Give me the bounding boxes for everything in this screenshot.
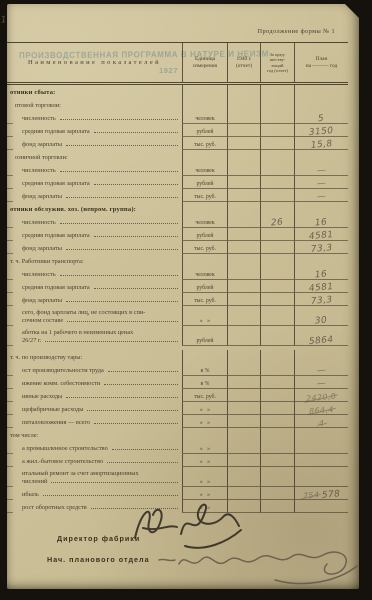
table-row: рост оборотных средств» » (7, 500, 348, 513)
plan-cell: — (294, 363, 348, 376)
table-row: средняя годовая зарплатарублей3150 (7, 124, 348, 137)
row-label-line: средняя годовая зарплата (22, 284, 182, 292)
row-label: отники сбыта: (7, 85, 182, 98)
dot-leader (94, 422, 178, 424)
unit-cell: в % (182, 376, 227, 389)
unit-cell: человек (182, 215, 227, 228)
unit-cell: в % (182, 363, 227, 376)
dot-leader (43, 494, 178, 496)
column-header-plan: План на ——— год (294, 43, 348, 82)
table-row: фонд зарплатытыс. руб.— (7, 189, 348, 202)
unit-cell: рублей (182, 124, 227, 137)
row-label-line: ост производительности труда (22, 367, 182, 375)
dot-leader (51, 481, 178, 483)
dot-leader (66, 196, 178, 198)
plan-cell: 2420,0 (294, 389, 348, 402)
value-1940-cell (227, 415, 260, 428)
row-label-line: т. ч. Работники транспорта: (10, 258, 182, 266)
row-label-line: численность (22, 271, 182, 279)
table-body: отники сбыта:птовой торговли:численность… (7, 85, 348, 513)
row-label-line: численность (22, 219, 182, 227)
table-row: а жил.-бытовое строительство» » (7, 454, 348, 467)
row-label-line: озничной торговли: (15, 154, 182, 162)
dot-leader (66, 396, 178, 398)
plan-cell: 73,3 (294, 241, 348, 254)
value-1940-cell (227, 454, 260, 467)
row-label-line: численность (22, 167, 182, 175)
row-label-line: ижение комм. себестоимости (22, 380, 182, 388)
prev-year-cell (260, 376, 294, 389)
plan-cell: — (294, 376, 348, 389)
plan-cell: 16 (294, 267, 348, 280)
row-label: ивные расходы (7, 389, 182, 402)
handwritten-plan-value: — (316, 167, 326, 177)
row-label: рост оборотных средств (7, 500, 182, 513)
prev-year-cell (260, 189, 294, 202)
table-row: численностьчеловек5 (7, 111, 348, 124)
table-row: озничной торговли: (7, 150, 348, 163)
table-row: ивные расходытыс. руб.2420,0 (7, 389, 348, 402)
handwritten-plan-value: — (316, 180, 326, 190)
row-label-line: средняя годовая зарплата (22, 180, 182, 188)
table-row: щефабричные расходы» »864,4 (7, 402, 348, 415)
unit-cell: человек (182, 111, 227, 124)
dot-leader (67, 320, 178, 322)
table-row: т. ч. Работники транспорта: (7, 254, 348, 267)
table-row: отники обслужив. хоз. (непром. группа): (7, 202, 348, 215)
row-label-line: рост оборотных средств (22, 504, 182, 512)
prev-year-cell (260, 280, 294, 293)
value-1940-cell (227, 176, 260, 189)
row-label: численность (7, 111, 182, 124)
table-row: численностьчеловек— (7, 163, 348, 176)
row-label-line: сочном составе (22, 317, 182, 325)
table-row: фонд зарплатытыс. руб.15,8 (7, 137, 348, 150)
value-1940-cell (227, 441, 260, 454)
prev-year-cell (260, 306, 294, 326)
table-row: ибыль» »754578 (7, 487, 348, 500)
row-label: фонд зарплаты (7, 241, 182, 254)
row-label-line: 26/27 г. (22, 337, 182, 345)
row-label: численность (7, 163, 182, 176)
unit-cell: » » (182, 500, 227, 513)
table-row: средняя годовая зарплатарублей4581 (7, 228, 348, 241)
value-1940-cell (227, 389, 260, 402)
row-label-line: а промышленное строительство (22, 445, 182, 453)
row-label-line: ивные расходы (22, 393, 182, 401)
value-1940-cell (227, 487, 260, 500)
plan-cell: 4581 (294, 228, 348, 241)
row-label: средняя годовая зарплата (7, 124, 182, 137)
row-label: ижение комм. себестоимости (7, 376, 182, 389)
value-1940-cell (227, 254, 260, 267)
unit-cell: тыс. руб. (182, 189, 227, 202)
dot-leader (60, 222, 178, 224)
value-1940-cell (227, 293, 260, 306)
prev-year-cell (260, 415, 294, 428)
handwritten-plan-value: — (316, 193, 326, 203)
row-label: средняя годовая зарплата (7, 280, 182, 293)
value-1940-cell (227, 306, 260, 326)
plan-cell (294, 254, 348, 267)
prev-year-cell (260, 241, 294, 254)
dot-leader (66, 144, 178, 146)
unit-cell (182, 150, 227, 163)
column-header-unit: Единица измерения (182, 43, 227, 82)
table-row: сего, фонд зарплаты лиц, не состоящих в … (7, 306, 348, 326)
unit-cell: человек (182, 163, 227, 176)
director-label: Директор фабрики (57, 534, 140, 543)
prev-year-cell (260, 85, 294, 98)
row-label: отники обслужив. хоз. (непром. группа): (7, 202, 182, 215)
unit-cell (182, 428, 227, 441)
unit-cell (182, 98, 227, 111)
value-1940-cell (227, 402, 260, 415)
row-label: средняя годовая зарплата (7, 176, 182, 189)
dot-leader (87, 409, 178, 411)
dot-leader (107, 461, 178, 463)
unit-cell: рублей (182, 176, 227, 189)
dot-leader (94, 183, 178, 185)
plan-cell: 3150 (294, 124, 348, 137)
value-1940-cell (227, 163, 260, 176)
unit-cell: » » (182, 467, 227, 487)
table-header: Наименование показателей Единица измерен… (7, 42, 348, 85)
value-1940-cell (227, 137, 260, 150)
prev-year-cell (260, 467, 294, 487)
row-label: ост производительности труда (7, 363, 182, 376)
row-label-line: аботка на 1 рабочего в неизменных ценах (22, 329, 182, 337)
dot-leader (112, 448, 178, 450)
prev-year-cell (260, 124, 294, 137)
dot-leader (91, 507, 178, 509)
row-label-line: отники обслужив. хоз. (непром. группа): (10, 206, 182, 214)
table-row: ост производительности трудав %— (7, 363, 348, 376)
prev-year-cell (260, 441, 294, 454)
plan-cell: 5 (294, 111, 348, 124)
handwritten-plan-value: 4 (318, 420, 324, 428)
row-label: фонд зарплаты (7, 137, 182, 150)
row-label-line: птовой торговли: (15, 102, 182, 110)
prev-year-cell (260, 111, 294, 124)
unit-cell: » » (182, 402, 227, 415)
dot-leader (60, 170, 178, 172)
handwritten-plan-value: 5 (318, 115, 325, 125)
row-label-line: т. ч. по производству тары: (10, 354, 182, 362)
dot-leader (94, 235, 178, 237)
value-1940-cell (227, 326, 260, 346)
prev-year-cell (260, 500, 294, 513)
plan-cell (294, 202, 348, 215)
prev-year-cell (260, 254, 294, 267)
plan-cell (294, 85, 348, 98)
prev-year-cell (260, 176, 294, 189)
plan-cell (294, 350, 348, 363)
row-label: численность (7, 215, 182, 228)
row-label-line: числений (22, 478, 182, 486)
handwritten-plan-value: — (316, 380, 326, 390)
unit-cell: рублей (182, 280, 227, 293)
prev-year-cell (260, 137, 294, 150)
row-label: ибыль (7, 487, 182, 500)
dot-leader (66, 300, 178, 302)
row-label-line: фонд зарплаты (22, 297, 182, 305)
value-1940-cell (227, 202, 260, 215)
dot-leader (94, 287, 178, 289)
value-1940-cell (227, 267, 260, 280)
value-1940-cell (227, 215, 260, 228)
row-label-line: средняя годовая зарплата (22, 128, 182, 136)
row-label: том числе: (7, 428, 182, 441)
row-label: аботка на 1 рабочего в неизменных ценах2… (7, 326, 182, 346)
unit-cell (182, 254, 227, 267)
plan-cell (294, 98, 348, 111)
dot-leader (45, 340, 178, 342)
plan-cell (294, 454, 348, 467)
row-label-line: фонд зарплаты (22, 193, 182, 201)
value-1940-cell (227, 228, 260, 241)
handwritten-prev-value: 26 (271, 218, 284, 228)
row-label: итальный ремонт за счет амортизационныхч… (7, 467, 182, 487)
prev-year-cell (260, 402, 294, 415)
unit-cell: » » (182, 306, 227, 326)
plan-cell: — (294, 163, 348, 176)
row-label-line: отники сбыта: (10, 89, 182, 97)
value-1940-cell (227, 363, 260, 376)
dot-leader (108, 370, 178, 372)
indicators-table: Наименование показателей Единица измерен… (7, 42, 348, 513)
plan-cell: 30 (294, 306, 348, 326)
row-label-line: том числе: (10, 432, 182, 440)
prev-year-cell (260, 326, 294, 346)
table-row: фонд зарплатытыс. руб.73,3 (7, 241, 348, 254)
plan-cell: 16 (294, 215, 348, 228)
value-1940-cell (227, 98, 260, 111)
unit-cell: рублей (182, 228, 227, 241)
value-1940-cell (227, 111, 260, 124)
plan-cell (294, 467, 348, 487)
value-1940-cell (227, 350, 260, 363)
prev-year-cell (260, 487, 294, 500)
table-row: а промышленное строительство» » (7, 441, 348, 454)
row-label-line: численность (22, 115, 182, 123)
prev-year-cell (260, 163, 294, 176)
plan-cell (294, 150, 348, 163)
handwritten-plan-value: 5864 (309, 336, 334, 347)
scanned-document-photo: 11 ПРОИЗВОДСТВЕННАЯ ПРОГРАММА В НАТУРЕ И… (0, 0, 372, 600)
prev-year-cell (260, 454, 294, 467)
unit-cell: » » (182, 441, 227, 454)
prev-year-cell (260, 350, 294, 363)
row-label-line: итальный ремонт за счет амортизационных (22, 470, 182, 478)
table-row: итальный ремонт за счет амортизационныхч… (7, 467, 348, 487)
row-label: т. ч. Работники транспорта: (7, 254, 182, 267)
row-label-line: фонд зарплаты (22, 245, 182, 253)
prev-year-cell (260, 202, 294, 215)
form-continuation-note: Продолжение формы № 1 (258, 28, 335, 35)
table-row: том числе: (7, 428, 348, 441)
value-1940-cell (227, 150, 260, 163)
row-label-line: щефабричные расходы (22, 406, 182, 414)
row-label: фонд зарплаты (7, 293, 182, 306)
table-row: фонд зарплатытыс. руб.73,3 (7, 293, 348, 306)
value-1940-cell (227, 467, 260, 487)
row-label: т. ч. по производству тары: (7, 350, 182, 363)
dot-leader (66, 248, 178, 250)
plan-cell (294, 441, 348, 454)
value-1940-cell (227, 241, 260, 254)
row-label: а жил.-бытовое строительство (7, 454, 182, 467)
plan-cell (294, 428, 348, 441)
dot-leader (94, 131, 178, 133)
row-label: птовой торговли: (7, 98, 182, 111)
plan-cell: 4581 (294, 280, 348, 293)
unit-cell (182, 85, 227, 98)
unit-cell: » » (182, 415, 227, 428)
row-label: а промышленное строительство (7, 441, 182, 454)
plan-cell: 15,8 (294, 137, 348, 150)
value-1940-cell (227, 85, 260, 98)
column-header-previous-year: За пред- шеству- ющий год (отчет) (260, 43, 294, 82)
unit-cell (182, 202, 227, 215)
handwritten-plan-value: 16 (315, 270, 328, 280)
document-page: ПРОИЗВОДСТВЕННАЯ ПРОГРАММА В НАТУРЕ И НЕ… (7, 4, 359, 589)
row-label-line: средняя годовая зарплата (22, 232, 182, 240)
prev-year-cell (260, 98, 294, 111)
dot-leader (60, 274, 178, 276)
table-row: численностьчеловек16 (7, 267, 348, 280)
prev-year-cell (260, 293, 294, 306)
row-label-line: а жил.-бытовое строительство (22, 458, 182, 466)
handwritten-plan-value: 30 (315, 316, 328, 326)
unit-cell: тыс. руб. (182, 137, 227, 150)
table-row: ижение комм. себестоимостив %— (7, 376, 348, 389)
prev-year-cell (260, 150, 294, 163)
value-1940-cell (227, 124, 260, 137)
plan-cell: 73,3 (294, 293, 348, 306)
row-label: щефабричные расходы (7, 402, 182, 415)
value-1940-cell (227, 500, 260, 513)
table-row: аботка на 1 рабочего в неизменных ценах2… (7, 326, 348, 346)
plan-cell: 754578 (294, 487, 348, 500)
value-1940-cell (227, 376, 260, 389)
row-label-line: питаловложения — всего (22, 419, 182, 427)
table-row: средняя годовая зарплатарублей— (7, 176, 348, 189)
table-row: т. ч. по производству тары: (7, 350, 348, 363)
plan-cell: 864,4 (294, 402, 348, 415)
row-label: численность (7, 267, 182, 280)
table-row: численностьчеловек2616 (7, 215, 348, 228)
planner-signature (157, 536, 362, 591)
column-header-1940: 1940 г. (отчет) (227, 43, 260, 82)
plan-cell: — (294, 189, 348, 202)
row-label: озничной торговли: (7, 150, 182, 163)
value-1940-cell (227, 189, 260, 202)
dot-leader (104, 383, 178, 385)
prev-year-cell (260, 428, 294, 441)
unit-cell: » » (182, 454, 227, 467)
row-label: средняя годовая зарплата (7, 228, 182, 241)
prev-year-cell (260, 363, 294, 376)
value-1940-cell (227, 428, 260, 441)
row-label-line: ибыль (22, 491, 182, 499)
row-label: фонд зарплаты (7, 189, 182, 202)
row-label-line: сего, фонд зарплаты лиц, не состоящих в … (22, 309, 182, 317)
table-row: средняя годовая зарплатарублей4581 (7, 280, 348, 293)
unit-cell: тыс. руб. (182, 389, 227, 402)
row-label-line: фонд зарплаты (22, 141, 182, 149)
value-1940-cell (227, 280, 260, 293)
unit-cell: тыс. руб. (182, 293, 227, 306)
plan-cell (294, 500, 348, 513)
unit-cell: » » (182, 487, 227, 500)
unit-cell: человек (182, 267, 227, 280)
prev-year-cell (260, 228, 294, 241)
table-row: питаловложения — всего» »4 (7, 415, 348, 428)
row-label: сего, фонд зарплаты лиц, не состоящих в … (7, 306, 182, 326)
unit-cell: рублей (182, 326, 227, 346)
prev-year-cell (260, 267, 294, 280)
row-label: питаловложения — всего (7, 415, 182, 428)
unit-cell: тыс. руб. (182, 241, 227, 254)
plan-cell: — (294, 176, 348, 189)
dot-leader (60, 118, 178, 120)
handwritten-plan-value: 16 (315, 218, 328, 228)
prev-year-cell: 26 (260, 215, 294, 228)
table-row: птовой торговли: (7, 98, 348, 111)
plan-cell: 5864 (294, 326, 348, 346)
column-header-name: Наименование показателей (7, 43, 182, 82)
table-row: отники сбыта: (7, 85, 348, 98)
prev-year-cell (260, 389, 294, 402)
handwritten-plan-value: — (316, 367, 326, 377)
plan-cell: 4 (294, 415, 348, 428)
unit-cell (182, 350, 227, 363)
planning-head-label: Нач. планового отдела (47, 555, 150, 564)
